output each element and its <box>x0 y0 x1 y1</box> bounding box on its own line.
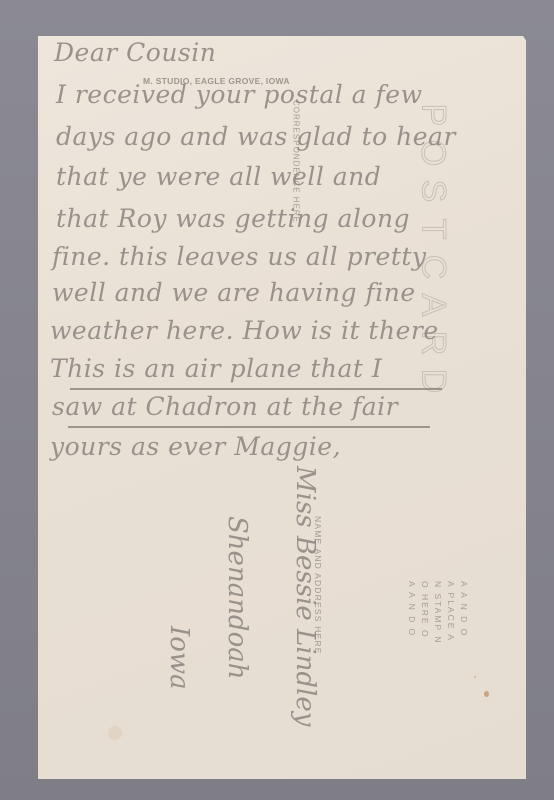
message-line: weather here. How is it there <box>50 316 439 345</box>
message-line: fine. this leaves us all pretty <box>52 242 427 271</box>
stamp-box: A A N D O A PLACE A N STAMP N O HERE O A… <box>403 581 473 691</box>
stamp-box-column: A PLACE A <box>446 581 456 642</box>
address-line: Miss Bessie Lindley <box>290 466 320 726</box>
message-line: that Roy was getting along <box>56 204 410 233</box>
underline <box>68 426 430 428</box>
message-line: This is an air plane that I <box>50 354 382 383</box>
foxing-stain <box>474 676 476 678</box>
foxing-stain <box>108 726 122 740</box>
title-letter: T <box>414 219 452 240</box>
title-letter: S <box>414 180 452 203</box>
message-line: days ago and was glad to hear <box>56 122 456 151</box>
message-line: I received your postal a few <box>56 80 422 109</box>
message-line: that ye were all well and <box>56 162 381 191</box>
postcard-back: M. STUDIO, EAGLE GROVE, IOWA CORRESPONDE… <box>38 36 526 779</box>
title-letter: A <box>414 294 452 317</box>
address-line: Iowa <box>164 626 194 690</box>
stamp-box-column: A A N D O <box>459 581 469 637</box>
address-line: Shenandoah <box>222 516 252 679</box>
stamp-box-column: A A N D O <box>407 581 417 637</box>
message-line: saw at Chadron at the fair <box>52 392 398 421</box>
stamp-box-column: N STAMP N <box>433 581 443 645</box>
stamp-box-column: O HERE O <box>420 581 430 639</box>
foxing-stain <box>484 691 489 697</box>
message-line: Dear Cousin <box>54 38 216 67</box>
message-line: yours as ever Maggie, <box>50 432 341 461</box>
underline <box>70 388 442 390</box>
message-line: well and we are having fine <box>52 278 416 307</box>
